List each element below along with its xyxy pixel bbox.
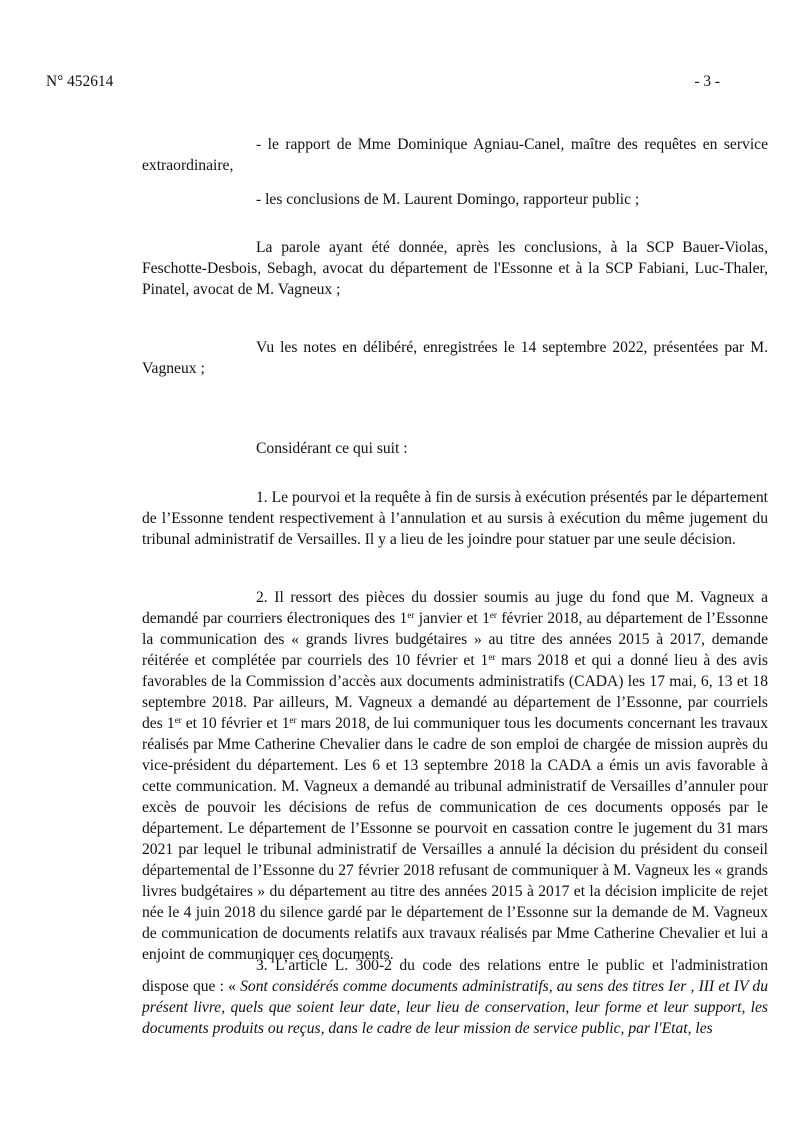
paragraph-considerant: Considérant ce qui suit : — [142, 438, 768, 459]
paragraph-vu-notes: Vu les notes en délibéré, enregistrées l… — [142, 337, 768, 379]
case-number: N° 452614 — [46, 73, 113, 91]
paragraph-1: 1. Le pourvoi et la requête à fin de sur… — [142, 487, 768, 550]
paragraph-2: 2. Il ressort des pièces du dossier soum… — [142, 587, 768, 965]
paragraph-conclusions: - les conclusions de M. Laurent Domingo,… — [142, 189, 768, 210]
paragraph-rapport: - le rapport de Mme Dominique Agniau-Can… — [142, 134, 768, 176]
page-number: - 3 - — [694, 73, 720, 91]
paragraph-parole: La parole ayant été donnée, après les co… — [142, 237, 768, 300]
paragraph-3: 3. L’article L. 300-2 du code des relati… — [142, 955, 768, 1039]
